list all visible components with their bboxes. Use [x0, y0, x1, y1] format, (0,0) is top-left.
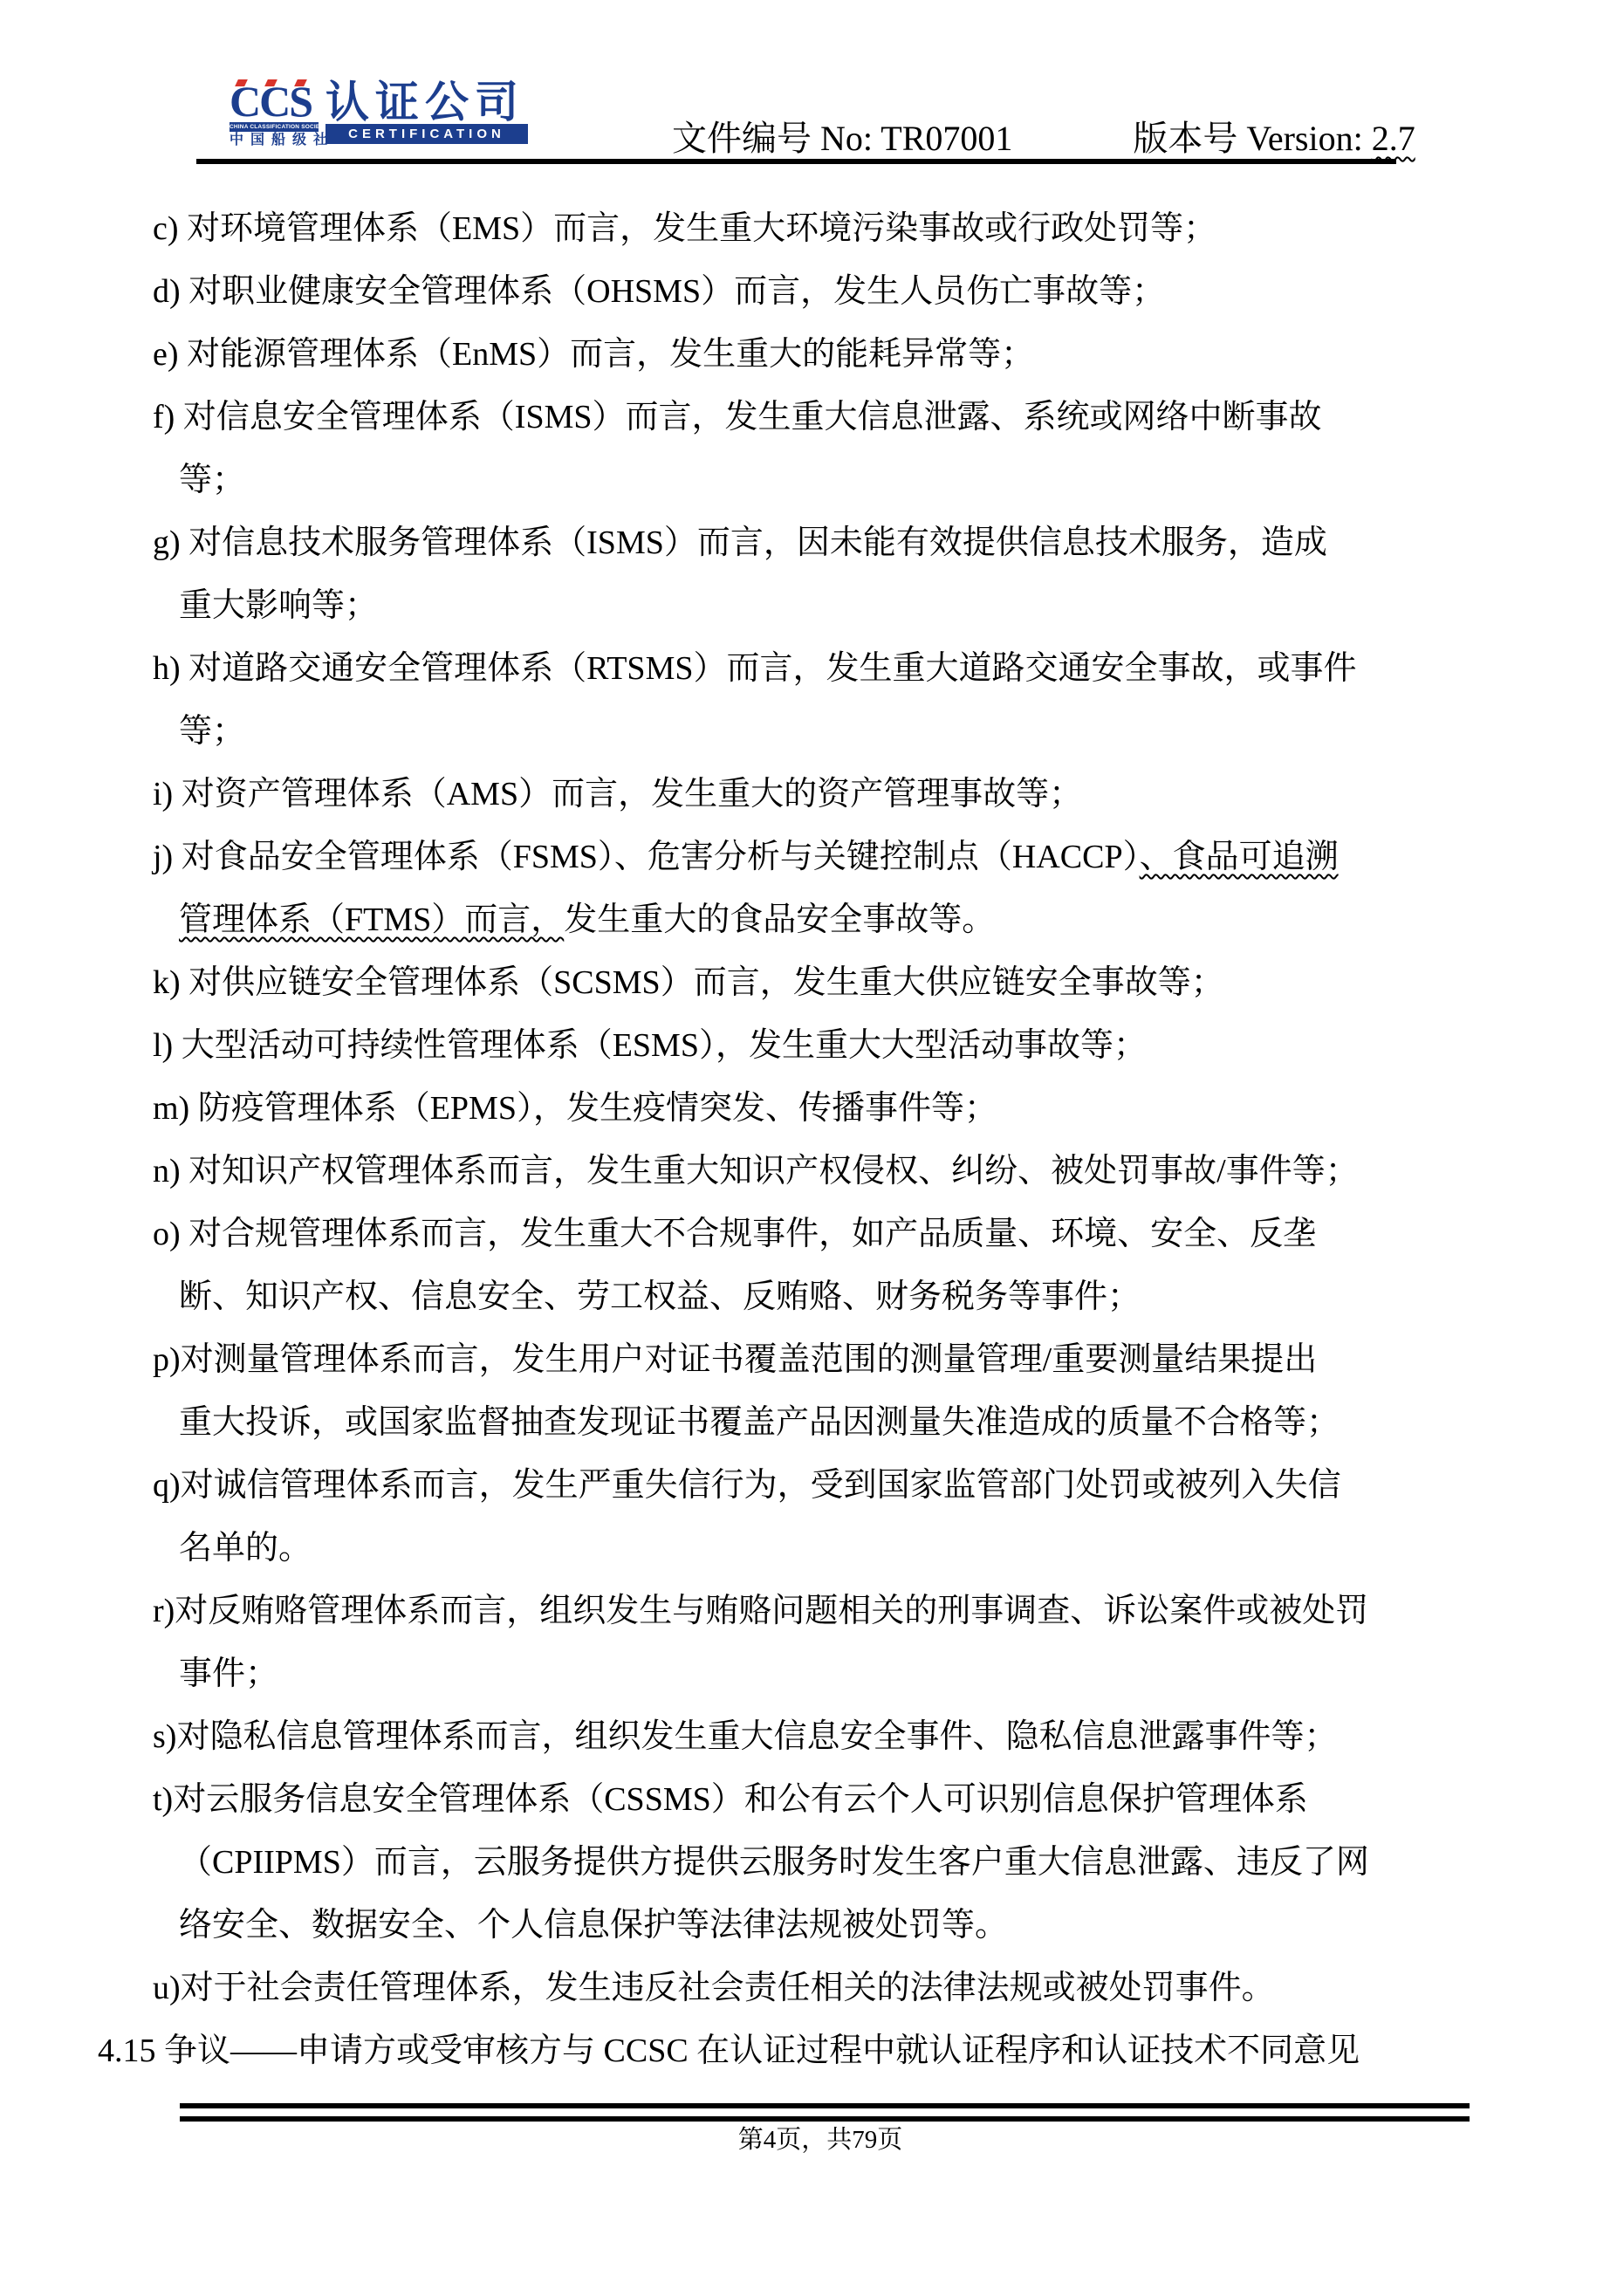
line-text: k) 对供应链安全管理体系（SCSMS）而言，发生重大供应链安全事故等； — [153, 964, 1224, 1001]
text-line: e) 对能源管理体系（EnMS）而言，发生重大的能耗异常等； — [0, 323, 1624, 386]
line-text: 重大投诉，或国家监督抽查发现证书覆盖产品因测量失准造成的质量不合格等； — [179, 1404, 1340, 1441]
version-label: 版本号 Version: — [1133, 119, 1371, 158]
text-line: （CPIIPMS）而言，云服务提供方提供云服务时发生客户重大信息泄露、违反了网 — [0, 1831, 1624, 1894]
wavy-underlined-text: 、食品可追溯 — [1140, 839, 1339, 875]
line-text: l) 大型活动可持续性管理体系（ESMS），发生重大大型活动事故等； — [153, 1027, 1147, 1064]
ccs-logo-right: 认证公司 CERTIFICATION — [325, 82, 528, 144]
text-line: f) 对信息安全管理体系（ISMS）而言，发生重大信息泄露、系统或网络中断事故 — [0, 386, 1624, 449]
footer-divider-line-top — [180, 2103, 1470, 2108]
line-text: e) 对能源管理体系（EnMS）而言，发生重大的能耗异常等； — [153, 336, 1034, 373]
doc-number-label: 文件编号 No: TR07001 — [672, 119, 1012, 158]
line-text: r)对反贿赂管理体系而言，组织发生与贿赂问题相关的刑事调查、诉讼案件或被处罚 — [153, 1593, 1368, 1629]
line-text: g) 对信息技术服务管理体系（ISMS）而言，因未能有效提供信息技术服务，造成 — [153, 524, 1327, 561]
line-text: u)对于社会责任管理体系，发生违反社会责任相关的法律法规或被处罚事件。 — [153, 1970, 1275, 2006]
text-line: q)对诚信管理体系而言，发生严重失信行为，受到国家监管部门处罚或被列入失信 — [0, 1454, 1624, 1517]
text-line: l) 大型活动可持续性管理体系（ESMS），发生重大大型活动事故等； — [0, 1014, 1624, 1077]
line-text: s)对隐私信息管理体系而言，组织发生重大信息安全事件、隐私信息泄露事件等； — [153, 1718, 1337, 1755]
document-header: 文件编号 No: TR07001 版本号 Version: 2.7 — [672, 119, 1415, 159]
line-text: c) 对环境管理体系（EMS）而言，发生重大环境污染事故或行政处罚等； — [153, 210, 1216, 247]
line-text: f) 对信息安全管理体系（ISMS）而言，发生重大信息泄露、系统或网络中断事故 — [153, 399, 1322, 435]
text-line: 事件； — [0, 1642, 1624, 1705]
line-text: j) 对食品安全管理体系（FSMS）、危害分析与关键控制点（HACCP） — [153, 839, 1140, 875]
document-page: CCS CHINA CLASSIFICATION SOCIETY 中 国 船 级… — [0, 0, 1624, 2276]
text-line: g) 对信息技术服务管理体系（ISMS）而言，因未能有效提供信息技术服务，造成 — [0, 511, 1624, 574]
ccs-wordmark: CCS — [230, 82, 319, 120]
text-line: h) 对道路交通安全管理体系（RTSMS）而言，发生重大道路交通安全事故，或事件 — [0, 637, 1624, 700]
line-text: h) 对道路交通安全管理体系（RTSMS）而言，发生重大道路交通安全事故，或事件 — [153, 650, 1357, 687]
line-text: n) 对知识产权管理体系而言，发生重大知识产权侵权、纠纷、被处罚事故/事件等； — [153, 1153, 1359, 1189]
text-line: t)对云服务信息安全管理体系（CSSMS）和公有云个人可识别信息保护管理体系 — [0, 1768, 1624, 1831]
text-line: d) 对职业健康安全管理体系（OHSMS）而言，发生人员伤亡事故等； — [0, 260, 1624, 323]
text-line: 重大影响等； — [0, 574, 1624, 637]
text-line: m) 防疫管理体系（EPMS），发生疫情突发、传播事件等； — [0, 1077, 1624, 1140]
text-line: c) 对环境管理体系（EMS）而言，发生重大环境污染事故或行政处罚等； — [0, 197, 1624, 260]
line-text: 等； — [179, 713, 245, 750]
wavy-underlined-text: 管理体系（FTMS）而言， — [179, 901, 564, 938]
text-line: 络安全、数据安全、个人信息保护等法律法规被处罚等。 — [0, 1894, 1624, 1957]
text-line: n) 对知识产权管理体系而言，发生重大知识产权侵权、纠纷、被处罚事故/事件等； — [0, 1140, 1624, 1203]
text-line: 名单的。 — [0, 1517, 1624, 1580]
version-value: 2.7 — [1372, 119, 1415, 158]
line-text: 4.15 争议——申请方或受审核方与 CCSC 在认证过程中就认证程序和认证技术… — [98, 2033, 1360, 2069]
company-name-cn: 认证公司 — [325, 82, 528, 122]
text-line: p)对测量管理体系而言，发生用户对证书覆盖范围的测量管理/重要测量结果提出 — [0, 1328, 1624, 1391]
line-text: m) 防疫管理体系（EPMS），发生疫情突发、传播事件等； — [153, 1090, 997, 1127]
text-line: j) 对食品安全管理体系（FSMS）、危害分析与关键控制点（HACCP）、食品可… — [0, 826, 1624, 888]
text-line: k) 对供应链安全管理体系（SCSMS）而言，发生重大供应链安全事故等； — [0, 951, 1624, 1014]
body-lines: c) 对环境管理体系（EMS）而言，发生重大环境污染事故或行政处罚等；d) 对职… — [0, 197, 1624, 2082]
text-line: 等； — [0, 449, 1624, 511]
text-line: 断、知识产权、信息安全、劳工权益、反贿赂、财务税务等事件； — [0, 1265, 1624, 1328]
line-text: i) 对资产管理体系（AMS）而言，发生重大的资产管理事故等； — [153, 776, 1082, 812]
ccs-logo-left: CCS CHINA CLASSIFICATION SOCIETY 中 国 船 级… — [230, 82, 319, 148]
line-text: 等； — [179, 462, 245, 498]
text-line: 管理体系（FTMS）而言，发生重大的食品安全事故等。 — [0, 888, 1624, 951]
society-cn-label: 中 国 船 级 社 — [230, 133, 319, 148]
text-line: r)对反贿赂管理体系而言，组织发生与贿赂问题相关的刑事调查、诉讼案件或被处罚 — [0, 1580, 1624, 1642]
line-text: o) 对合规管理体系而言，发生重大不合规事件，如产品质量、环境、安全、反垄 — [153, 1216, 1316, 1252]
header-divider-line — [196, 159, 1396, 164]
text-line: 重大投诉，或国家监督抽查发现证书覆盖产品因测量失准造成的质量不合格等； — [0, 1391, 1624, 1454]
text-line: 4.15 争议——申请方或受审核方与 CCSC 在认证过程中就认证程序和认证技术… — [0, 2019, 1624, 2082]
line-text: 重大影响等； — [179, 587, 378, 624]
text-line: i) 对资产管理体系（AMS）而言，发生重大的资产管理事故等； — [0, 763, 1624, 826]
footer-divider-line-bottom — [180, 2116, 1470, 2122]
line-text: 事件； — [179, 1656, 278, 1692]
line-text: p)对测量管理体系而言，发生用户对证书覆盖范围的测量管理/重要测量结果提出 — [153, 1341, 1317, 1378]
line-text: d) 对职业健康安全管理体系（OHSMS）而言，发生人员伤亡事故等； — [153, 273, 1165, 310]
line-text: 络安全、数据安全、个人信息保护等法律法规被处罚等。 — [179, 1907, 1008, 1944]
text-line: 等； — [0, 700, 1624, 763]
line-text: 断、知识产权、信息安全、劳工权益、反贿赂、财务税务等事件； — [179, 1279, 1141, 1315]
line-text: t)对云服务信息安全管理体系（CSSMS）和公有云个人可识别信息保护管理体系 — [153, 1781, 1308, 1818]
company-name-en: CERTIFICATION — [325, 124, 528, 144]
text-line: u)对于社会责任管理体系，发生违反社会责任相关的法律法规或被处罚事件。 — [0, 1957, 1624, 2019]
line-text: （CPIIPMS）而言，云服务提供方提供云服务时发生客户重大信息泄露、违反了网 — [179, 1844, 1369, 1881]
line-text: q)对诚信管理体系而言，发生严重失信行为，受到国家监管部门处罚或被列入失信 — [153, 1467, 1341, 1504]
text-line: o) 对合规管理体系而言，发生重大不合规事件，如产品质量、环境、安全、反垄 — [0, 1203, 1624, 1265]
line-text: 发生重大的食品安全事故等。 — [564, 901, 995, 938]
page-number: 第4页，共79页 — [0, 2124, 1624, 2156]
text-line: s)对隐私信息管理体系而言，组织发生重大信息安全事件、隐私信息泄露事件等； — [0, 1705, 1624, 1768]
line-text: 名单的。 — [179, 1530, 312, 1566]
